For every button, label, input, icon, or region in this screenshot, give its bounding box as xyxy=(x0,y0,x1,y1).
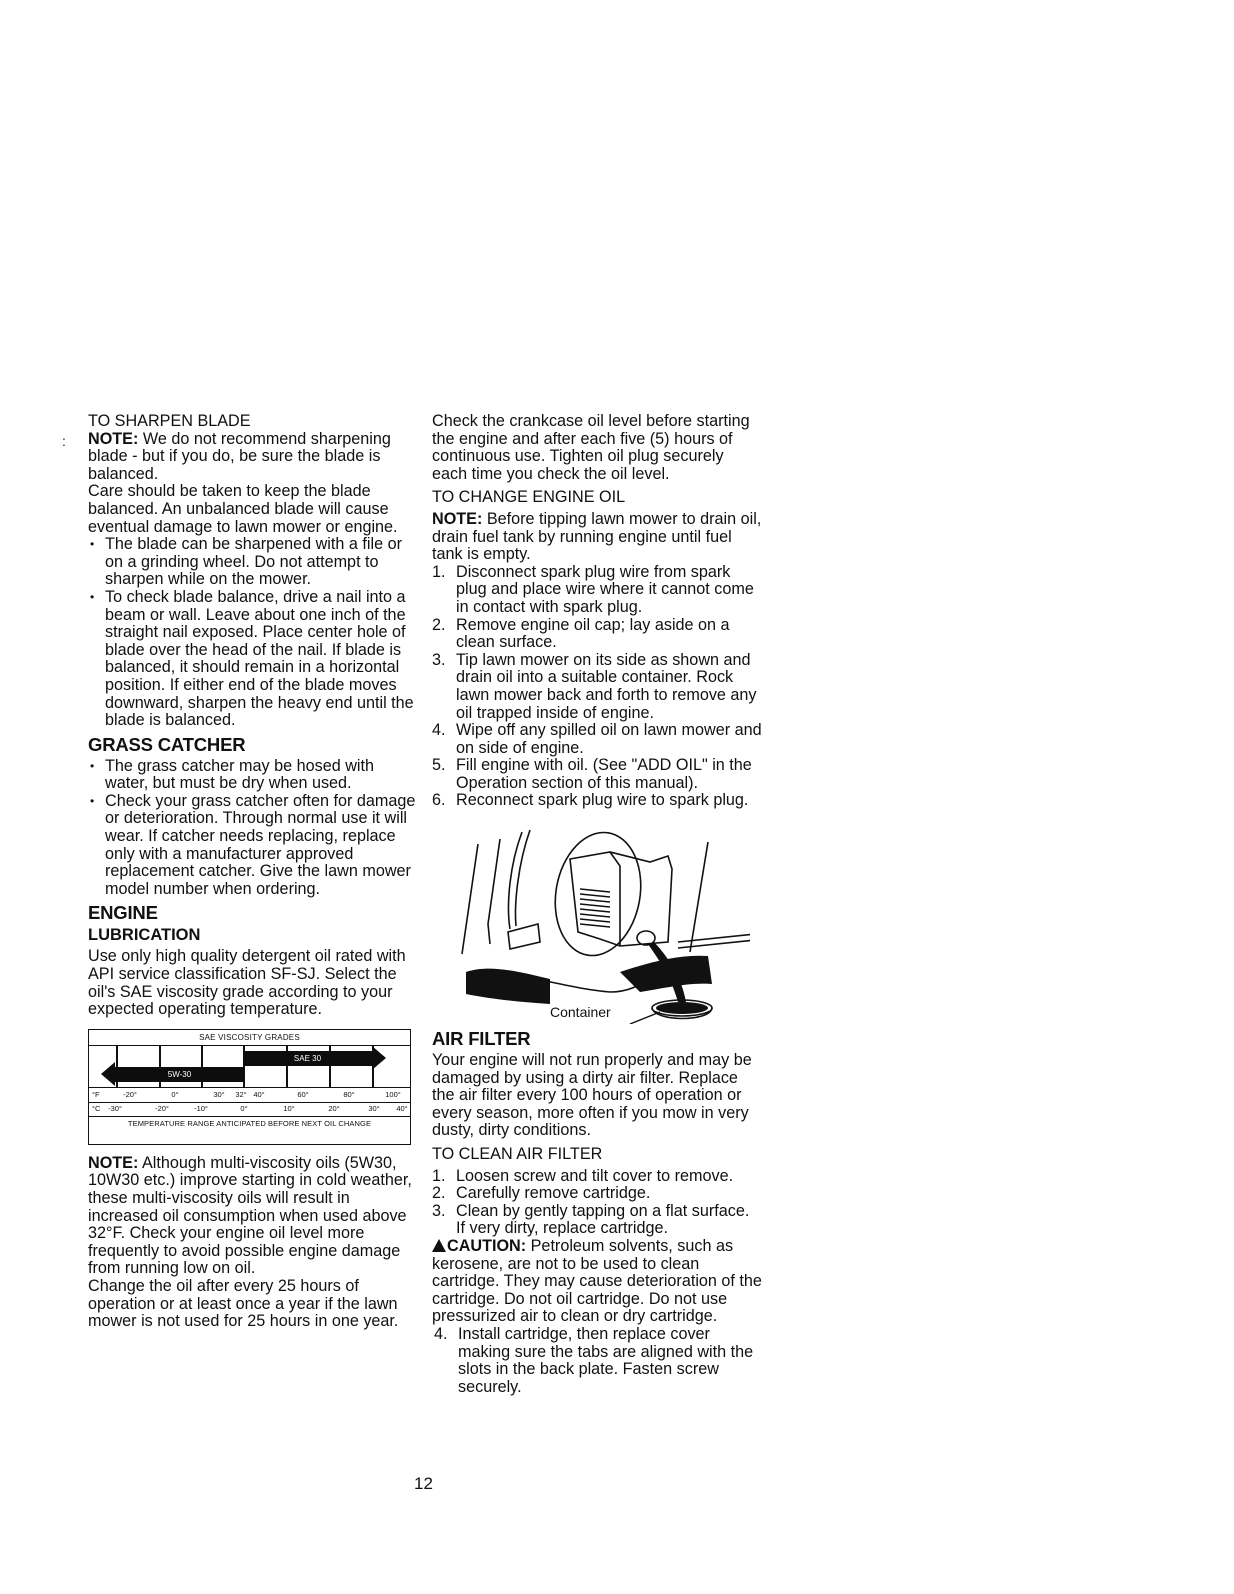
note-text: Before tipping lawn mower to drain oil, … xyxy=(432,510,761,563)
5w30-range-arrow: 5W-30 xyxy=(115,1067,244,1082)
list-item: 3.Tip lawn mower on its side as shown an… xyxy=(432,652,762,722)
step-text: Tip lawn mower on its side as shown and … xyxy=(456,651,757,722)
warning-triangle-icon xyxy=(432,1239,446,1252)
engine-heading: ENGINE xyxy=(88,903,418,923)
mower-tipped-draining-oil-icon xyxy=(450,814,750,1024)
chart-bars-area: SAE 30 5W-30 xyxy=(89,1045,410,1087)
list-item: 6.Reconnect spark plug wire to spark plu… xyxy=(432,792,762,810)
note-label: NOTE: xyxy=(88,430,138,448)
f-tick: 30° xyxy=(213,1088,224,1102)
note-text: Although multi-viscosity oils (5W30, 10W… xyxy=(88,1154,412,1278)
list-item: 4.Install cartridge, then replace cover … xyxy=(432,1326,762,1396)
change-oil-steps: 1.Disconnect spark plug wire from spark … xyxy=(432,564,762,810)
list-item: 4.Wipe off any spilled oil on lawn mower… xyxy=(432,722,762,757)
c-tick: 10° xyxy=(283,1102,294,1116)
step-text: Remove engine oil cap; lay aside on a cl… xyxy=(456,616,730,652)
list-item: 3.Clean by gently tapping on a flat surf… xyxy=(432,1203,762,1238)
air-filter-heading: AIR FILTER xyxy=(432,1029,762,1049)
lubrication-heading: LUBRICATION xyxy=(88,926,418,945)
container-caption: Container xyxy=(550,1004,611,1022)
note-label: NOTE: xyxy=(432,510,482,528)
scan-artifact-mark: : xyxy=(62,433,66,449)
air-filter-paragraph: Your engine will not run properly and ma… xyxy=(432,1052,762,1140)
oil-change-interval: Change the oil after every 25 hours of o… xyxy=(88,1278,418,1331)
step-text: Install cartridge, then replace cover ma… xyxy=(458,1325,753,1396)
sharpen-blade-list: The blade can be sharpened with a file o… xyxy=(88,536,418,730)
multi-viscosity-note: NOTE: Although multi-viscosity oils (5W3… xyxy=(88,1155,418,1278)
grass-catcher-heading: GRASS CATCHER xyxy=(88,735,418,755)
step-number: 4. xyxy=(434,1326,448,1344)
caution-block: CAUTION: Petroleum solvents, such as ker… xyxy=(432,1238,762,1326)
celsius-unit: °C xyxy=(92,1102,100,1116)
step-text: Clean by gently tapping on a flat surfac… xyxy=(456,1202,749,1238)
celsius-scale: °C -30° -20° -10° 0° 10° 20° 30° 40° xyxy=(89,1102,410,1117)
list-item: 1.Loosen screw and tilt cover to remove. xyxy=(432,1168,762,1186)
f-tick: 0° xyxy=(171,1088,178,1102)
step-number: 3. xyxy=(432,652,446,670)
step-number: 1. xyxy=(432,564,446,582)
change-oil-note: NOTE: Before tipping lawn mower to drain… xyxy=(432,511,762,564)
step-text: Reconnect spark plug wire to spark plug. xyxy=(456,791,748,809)
grass-catcher-list: The grass catcher may be hosed with wate… xyxy=(88,758,418,899)
step-number: 2. xyxy=(432,617,446,635)
f-tick: 100° xyxy=(385,1088,401,1102)
step-number: 2. xyxy=(432,1185,446,1203)
clean-air-filter-steps: 1.Loosen screw and tilt cover to remove.… xyxy=(432,1168,762,1238)
f-tick: 80° xyxy=(343,1088,354,1102)
fahrenheit-scale: °F -20° 0° 30° 32° 40° 60° 80° 100° xyxy=(89,1087,410,1103)
step-text: Disconnect spark plug wire from spark pl… xyxy=(456,563,754,616)
step-text: Wipe off any spilled oil on lawn mower a… xyxy=(456,721,762,757)
fahrenheit-unit: °F xyxy=(92,1088,100,1102)
caution-label: CAUTION: xyxy=(447,1237,526,1255)
c-tick: -10° xyxy=(194,1102,208,1116)
step-text: Carefully remove cartridge. xyxy=(456,1184,650,1202)
c-tick: 30° xyxy=(368,1102,379,1116)
right-column: Check the crankcase oil level before sta… xyxy=(432,413,762,1396)
list-item: 5.Fill engine with oil. (See "ADD OIL" i… xyxy=(432,757,762,792)
c-tick: 20° xyxy=(328,1102,339,1116)
step-number: 4. xyxy=(432,722,446,740)
f-tick: 40° xyxy=(253,1088,264,1102)
step-number: 6. xyxy=(432,792,446,810)
c-tick: -20° xyxy=(155,1102,169,1116)
change-oil-heading: TO CHANGE ENGINE OIL xyxy=(432,489,762,507)
left-column: TO SHARPEN BLADE NOTE: We do not recomme… xyxy=(88,413,418,1331)
sharpen-blade-heading: TO SHARPEN BLADE xyxy=(88,413,418,431)
c-tick: -30° xyxy=(108,1102,122,1116)
step-text: Fill engine with oil. (See "ADD OIL" in … xyxy=(456,756,752,792)
list-item: The grass catcher may be hosed with wate… xyxy=(88,758,418,793)
sharpen-blade-note: NOTE: We do not recommend sharpening bla… xyxy=(88,431,418,484)
sae-viscosity-chart: SAE VISCOSITY GRADES SAE 30 5W-30 °F -20… xyxy=(88,1029,411,1145)
sae30-range-arrow: SAE 30 xyxy=(243,1051,372,1066)
list-item: 1.Disconnect spark plug wire from spark … xyxy=(432,564,762,617)
step-number: 5. xyxy=(432,757,446,775)
note-label: NOTE: xyxy=(88,1154,138,1172)
f-tick: 60° xyxy=(297,1088,308,1102)
step-number: 3. xyxy=(432,1203,446,1221)
clean-air-filter-step4: 4.Install cartridge, then replace cover … xyxy=(432,1326,762,1396)
clean-air-filter-heading: TO CLEAN AIR FILTER xyxy=(432,1146,762,1164)
chart-title: SAE VISCOSITY GRADES xyxy=(89,1030,410,1046)
c-tick: 40° xyxy=(396,1102,407,1116)
c-tick: 0° xyxy=(240,1102,247,1116)
list-item: 2.Remove engine oil cap; lay aside on a … xyxy=(432,617,762,652)
sharpen-blade-paragraph: Care should be taken to keep the blade b… xyxy=(88,483,418,536)
step-number: 1. xyxy=(432,1168,446,1186)
check-oil-paragraph: Check the crankcase oil level before sta… xyxy=(432,413,762,483)
list-item: 2.Carefully remove cartridge. xyxy=(432,1185,762,1203)
list-item: The blade can be sharpened with a file o… xyxy=(88,536,418,589)
chart-footer: TEMPERATURE RANGE ANTICIPATED BEFORE NEX… xyxy=(89,1117,410,1131)
step-text: Loosen screw and tilt cover to remove. xyxy=(456,1167,733,1185)
list-item: Check your grass catcher often for damag… xyxy=(88,793,418,899)
page-number: 12 xyxy=(414,1474,433,1494)
f-tick: -20° xyxy=(123,1088,137,1102)
list-item: To check blade balance, drive a nail int… xyxy=(88,589,418,730)
lubrication-paragraph: Use only high quality detergent oil rate… xyxy=(88,948,418,1018)
f-tick: 32° xyxy=(235,1088,246,1102)
drain-oil-illustration: Container xyxy=(450,814,750,1024)
